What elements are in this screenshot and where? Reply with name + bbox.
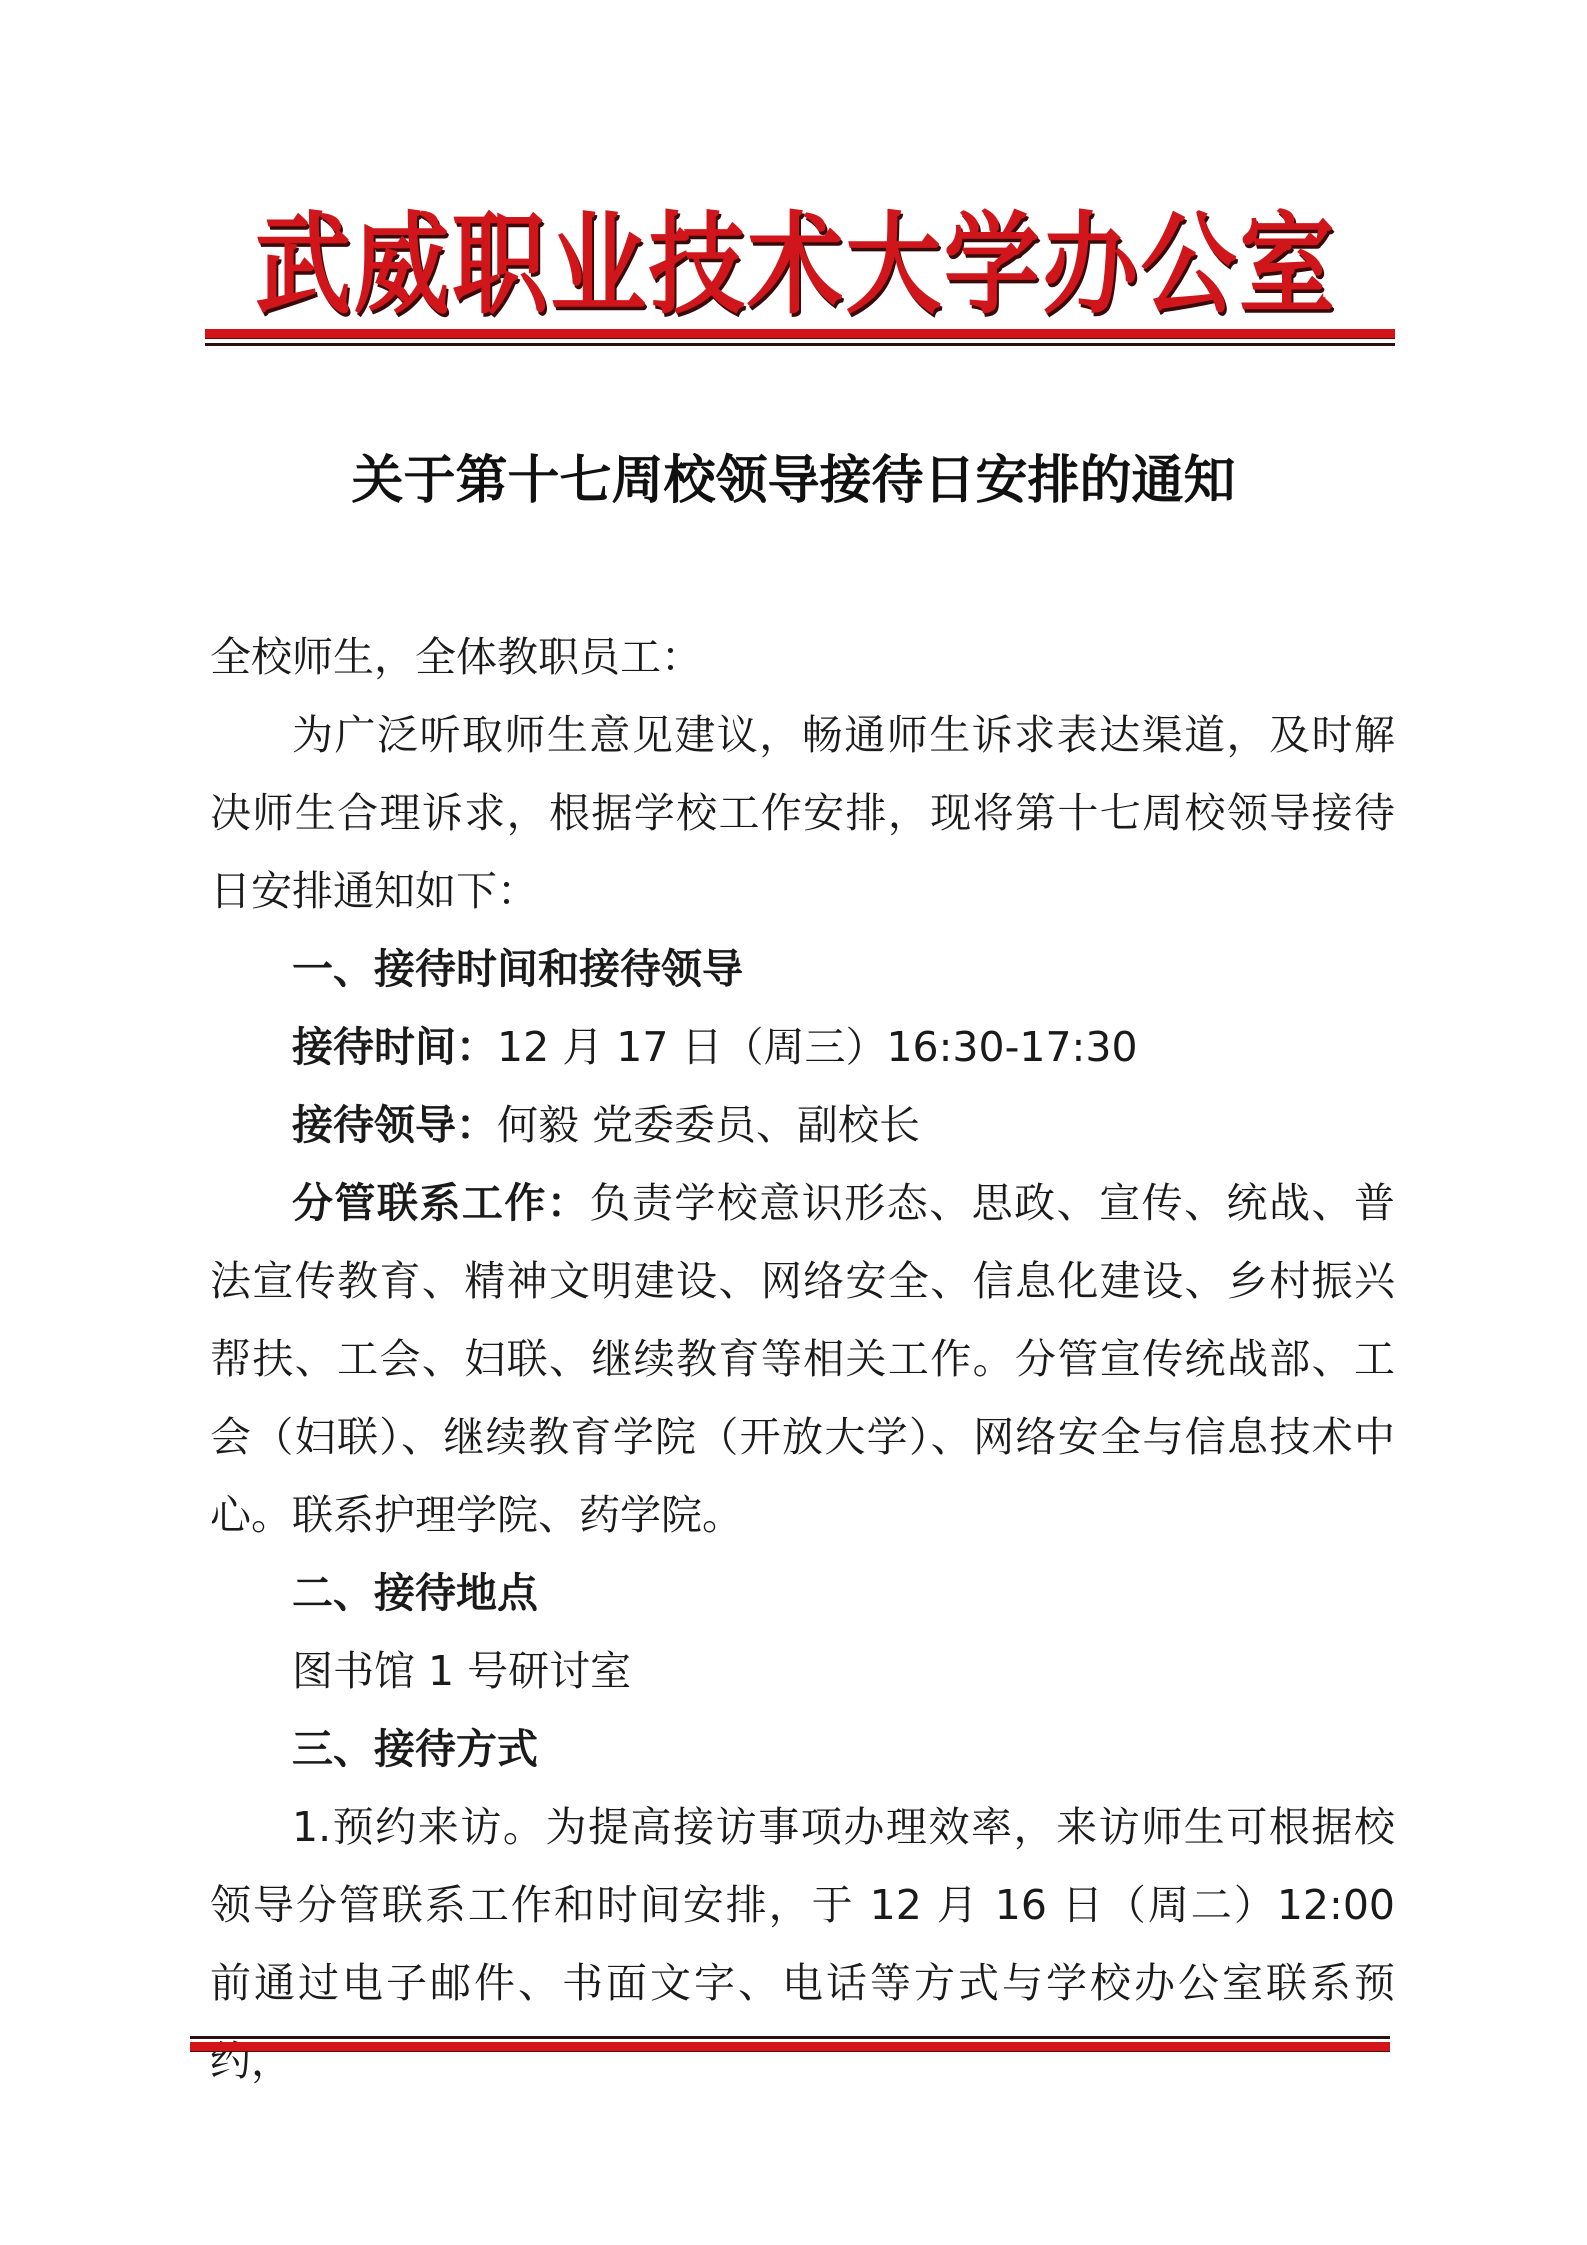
intro-paragraph: 为广泛听取师生意见建议，畅通师生诉求表达渠道，及时解决师生合理诉求，根据学校工作… [210,696,1395,930]
letterhead-char: 大 [845,210,941,320]
letterhead-char: 术 [747,210,843,320]
leader-duties-label: 分管联系工作： [292,1179,589,1227]
section-2-heading: 二、接待地点 [210,1554,1395,1632]
letterhead-char: 威 [353,210,449,320]
letterhead-char: 技 [649,210,745,320]
letterhead-org-name: 武 威 职 业 技 术 大 学 办 公 室 [255,205,1335,325]
red-rule-line [205,329,1395,338]
document-page: 武 威 职 业 技 术 大 学 办 公 室 关于第十七周校领导接待日安排的通知 … [0,0,1587,2245]
reception-leader-value: 何毅 党委委员、副校长 [497,1101,920,1149]
red-rule-line [190,2042,1390,2051]
reception-leader: 接待领导：何毅 党委委员、副校长 [210,1086,1395,1164]
salutation: 全校师生，全体教职员工： [210,618,1395,696]
section-1-heading: 一、接待时间和接待领导 [210,930,1395,1008]
letterhead-char: 武 [255,210,351,320]
reception-time: 接待时间：12 月 17 日（周三）16:30-17:30 [210,1008,1395,1086]
letterhead-char: 室 [1239,210,1335,320]
reception-leader-label: 接待领导： [292,1101,497,1149]
leader-duties-value: 负责学校意识形态、思政、宣传、统战、普法宣传教育、精神文明建设、网络安全、信息化… [210,1179,1395,1539]
reception-time-label: 接待时间： [292,1023,497,1071]
letterhead-char: 业 [550,210,646,320]
reception-location: 图书馆 1 号研讨室 [210,1632,1395,1710]
dark-rule-line [190,2036,1390,2039]
reception-time-value: 12 月 17 日（周三）16:30-17:30 [497,1023,1138,1071]
footer-divider [190,2034,1390,2054]
letterhead-char: 公 [1141,210,1237,320]
leader-duties: 分管联系工作：负责学校意识形态、思政、宣传、统战、普法宣传教育、精神文明建设、网… [210,1164,1395,1554]
dark-rule-line [205,343,1395,346]
document-title: 关于第十七周校领导接待日安排的通知 [0,438,1587,513]
document-body: 全校师生，全体教职员工： 为广泛听取师生意见建议，畅通师生诉求表达渠道，及时解决… [210,618,1395,2100]
letterhead-char: 办 [1042,210,1138,320]
letterhead-char: 学 [944,210,1040,320]
letterhead-char: 职 [452,210,548,320]
section-3-heading: 三、接待方式 [210,1710,1395,1788]
letterhead-divider [205,329,1395,349]
